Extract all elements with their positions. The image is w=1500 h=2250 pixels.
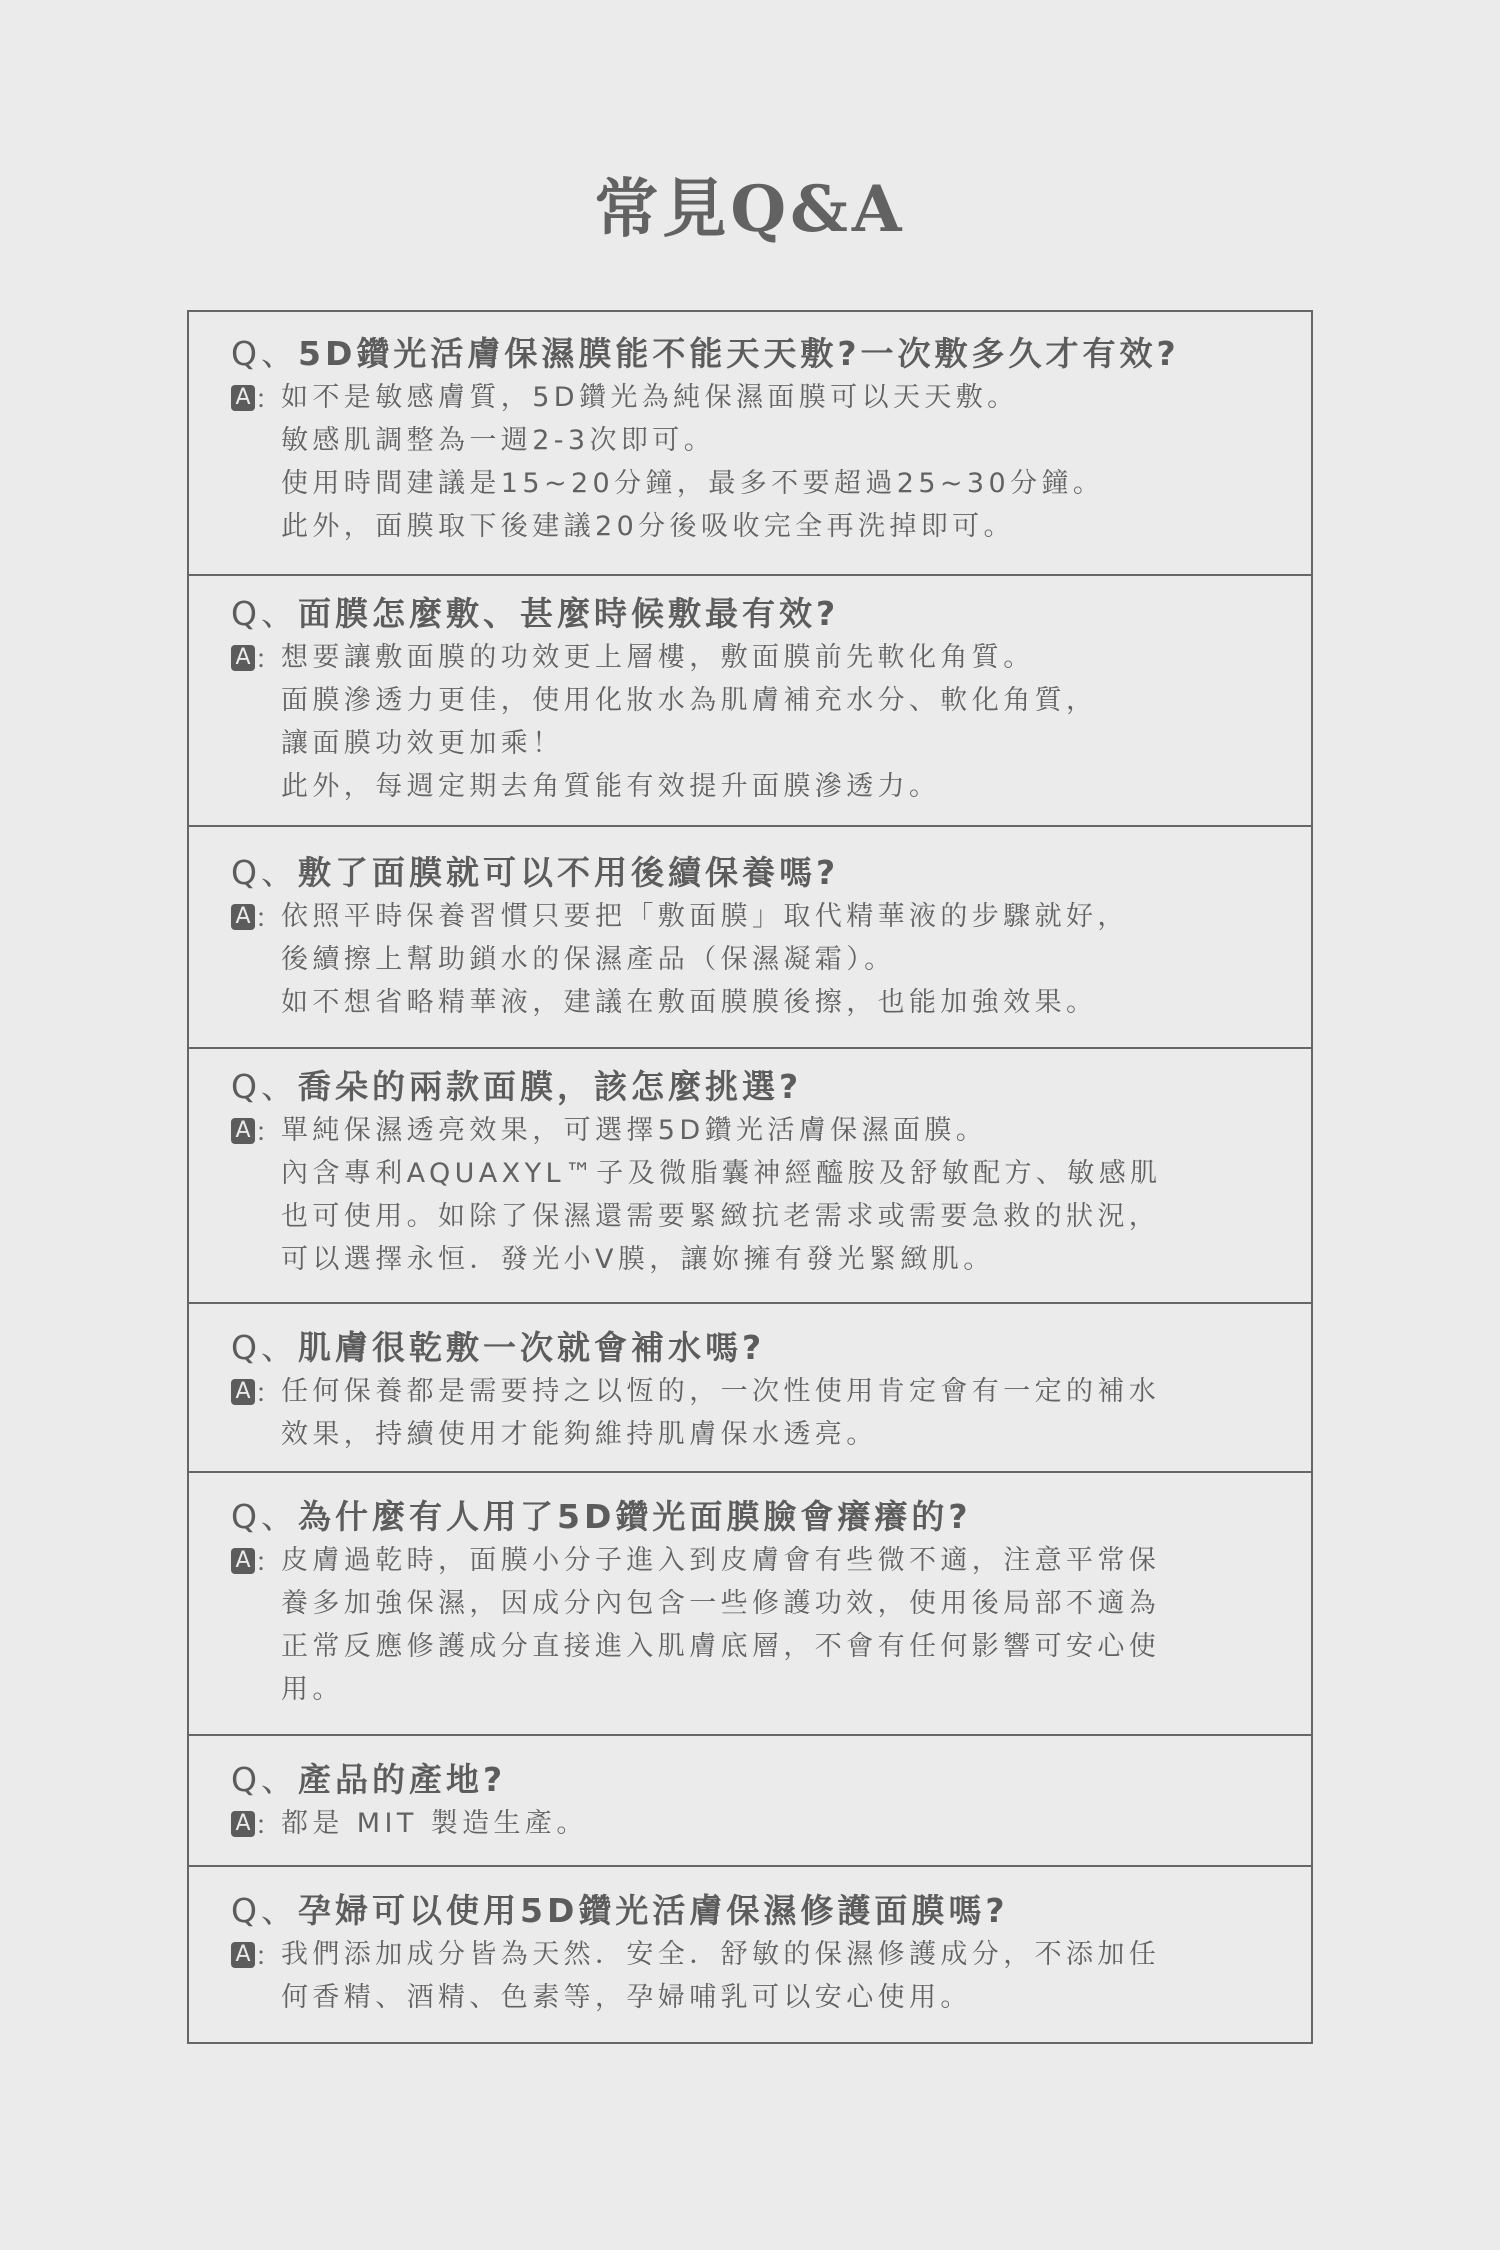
faq-question: Q、為什麼有人用了5D鑽光面膜臉會癢癢的?: [231, 1495, 1291, 1539]
answer-line: 面膜滲透力更佳，使用化妝水為肌膚補充水分、軟化角質，: [281, 679, 1291, 722]
answer-line: 都是 MIT 製造生產。: [281, 1802, 1291, 1845]
answer-line: 此外，面膜取下後建議20分後吸收完全再洗掉即可。: [281, 505, 1291, 548]
answer-line: 任何保養都是需要持之以恆的，一次性使用肯定會有一定的補水: [281, 1370, 1291, 1413]
answer-line: 如不想省略精華液，建議在敷面膜膜後擦，也能加強效果。: [281, 981, 1291, 1024]
faq-item: Q、孕婦可以使用5D鑽光活膚保濕修護面膜嗎? A： 我們添加成分皆為天然．安全．…: [189, 1865, 1311, 2042]
faq-item: Q、為什麼有人用了5D鑽光面膜臉會癢癢的? A： 皮膚過乾時，面膜小分子進入到皮…: [189, 1471, 1311, 1734]
answer-badge-icon: A: [231, 1379, 255, 1405]
answer-line: 此外，每週定期去角質能有效提升面膜滲透力。: [281, 765, 1291, 808]
answer-line: 正常反應修護成分直接進入肌膚底層，不會有任何影響可安心使: [281, 1625, 1291, 1668]
faq-item: Q、肌膚很乾敷一次就會補水嗎? A： 任何保養都是需要持之以恆的，一次性使用肯定…: [189, 1302, 1311, 1471]
faq-question: Q、面膜怎麼敷、甚麼時候敷最有效?: [231, 592, 1291, 636]
faq-answer: A： 我們添加成分皆為天然．安全．舒敏的保濕修護成分，不添加任 何香精、酒精、色…: [231, 1933, 1291, 2019]
answer-line: 養多加強保濕，因成分內包含一些修護功效，使用後局部不適為: [281, 1582, 1291, 1625]
answer-badge-icon: A: [231, 645, 255, 671]
answer-line: 何香精、酒精、色素等，孕婦哺乳可以安心使用。: [281, 1976, 1291, 2019]
page-title: 常見Q&A: [0, 158, 1500, 250]
answer-badge-icon: A: [231, 904, 255, 930]
answer-line: 敏感肌調整為一週2-3次即可。: [281, 419, 1291, 462]
faq-item: Q、面膜怎麼敷、甚麼時候敷最有效? A： 想要讓敷面膜的功效更上層樓，敷面膜前先…: [189, 574, 1311, 825]
answer-badge-icon: A: [231, 1118, 255, 1144]
answer-line: 後續擦上幫助鎖水的保濕產品（保濕凝霜）。: [281, 938, 1291, 981]
faq-answer: A： 都是 MIT 製造生產。: [231, 1802, 1291, 1845]
answer-line: 使用時間建議是15~20分鐘，最多不要超過25~30分鐘。: [281, 462, 1291, 505]
answer-badge-icon: A: [231, 385, 255, 411]
faq-answer: A： 皮膚過乾時，面膜小分子進入到皮膚會有些微不適，注意平常保 養多加強保濕，因…: [231, 1539, 1291, 1711]
faq-question: Q、產品的產地?: [231, 1758, 1291, 1802]
answer-line: 皮膚過乾時，面膜小分子進入到皮膚會有些微不適，注意平常保: [281, 1539, 1291, 1582]
answer-line: 用。: [281, 1668, 1291, 1711]
faq-answer: A： 單純保濕透亮效果，可選擇5D鑽光活膚保濕面膜。 內含專利AQUAXYL™子…: [231, 1109, 1291, 1281]
faq-question: Q、孕婦可以使用5D鑽光活膚保濕修護面膜嗎?: [231, 1889, 1291, 1933]
answer-badge-icon: A: [231, 1811, 255, 1837]
faq-question: Q、敷了面膜就可以不用後續保養嗎?: [231, 851, 1291, 895]
faq-item: Q、產品的產地? A： 都是 MIT 製造生產。: [189, 1734, 1311, 1865]
faq-answer: A： 依照平時保養習慣只要把「敷面膜」取代精華液的步驟就好， 後續擦上幫助鎖水的…: [231, 895, 1291, 1024]
answer-line: 效果，持續使用才能夠維持肌膚保水透亮。: [281, 1413, 1291, 1456]
answer-badge-icon: A: [231, 1548, 255, 1574]
answer-line: 可以選擇永恒．發光小V膜，讓妳擁有發光緊緻肌。: [281, 1238, 1291, 1281]
faq-answer: A： 任何保養都是需要持之以恆的，一次性使用肯定會有一定的補水 效果，持續使用才…: [231, 1370, 1291, 1456]
answer-line: 我們添加成分皆為天然．安全．舒敏的保濕修護成分，不添加任: [281, 1933, 1291, 1976]
faq-item: Q、敷了面膜就可以不用後續保養嗎? A： 依照平時保養習慣只要把「敷面膜」取代精…: [189, 825, 1311, 1047]
question-prefix: Q、: [231, 334, 298, 373]
faq-question: Q、5D鑽光活膚保濕膜能不能天天敷?一次敷多久才有效?: [231, 332, 1291, 376]
answer-badge-icon: A: [231, 1942, 255, 1968]
faq-table: Q、5D鑽光活膚保濕膜能不能天天敷?一次敷多久才有效? A： 如不是敏感膚質，5…: [187, 310, 1313, 2044]
answer-line: 依照平時保養習慣只要把「敷面膜」取代精華液的步驟就好，: [281, 895, 1291, 938]
answer-line: 單純保濕透亮效果，可選擇5D鑽光活膚保濕面膜。: [281, 1109, 1291, 1152]
faq-question: Q、肌膚很乾敷一次就會補水嗎?: [231, 1326, 1291, 1370]
answer-line: 如不是敏感膚質，5D鑽光為純保濕面膜可以天天敷。: [281, 376, 1291, 419]
answer-line: 內含專利AQUAXYL™子及微脂囊神經醯胺及舒敏配方、敏感肌: [281, 1152, 1291, 1195]
answer-line: 想要讓敷面膜的功效更上層樓，敷面膜前先軟化角質。: [281, 636, 1291, 679]
faq-item: Q、喬朵的兩款面膜，該怎麼挑選? A： 單純保濕透亮效果，可選擇5D鑽光活膚保濕…: [189, 1047, 1311, 1302]
faq-item: Q、5D鑽光活膚保濕膜能不能天天敷?一次敷多久才有效? A： 如不是敏感膚質，5…: [189, 312, 1311, 574]
faq-answer: A： 想要讓敷面膜的功效更上層樓，敷面膜前先軟化角質。 面膜滲透力更佳，使用化妝…: [231, 636, 1291, 808]
answer-line: 也可使用。如除了保濕還需要緊緻抗老需求或需要急救的狀況，: [281, 1195, 1291, 1238]
answer-line: 讓面膜功效更加乘！: [281, 722, 1291, 765]
faq-question: Q、喬朵的兩款面膜，該怎麼挑選?: [231, 1065, 1291, 1109]
faq-answer: A： 如不是敏感膚質，5D鑽光為純保濕面膜可以天天敷。 敏感肌調整為一週2-3次…: [231, 376, 1291, 548]
